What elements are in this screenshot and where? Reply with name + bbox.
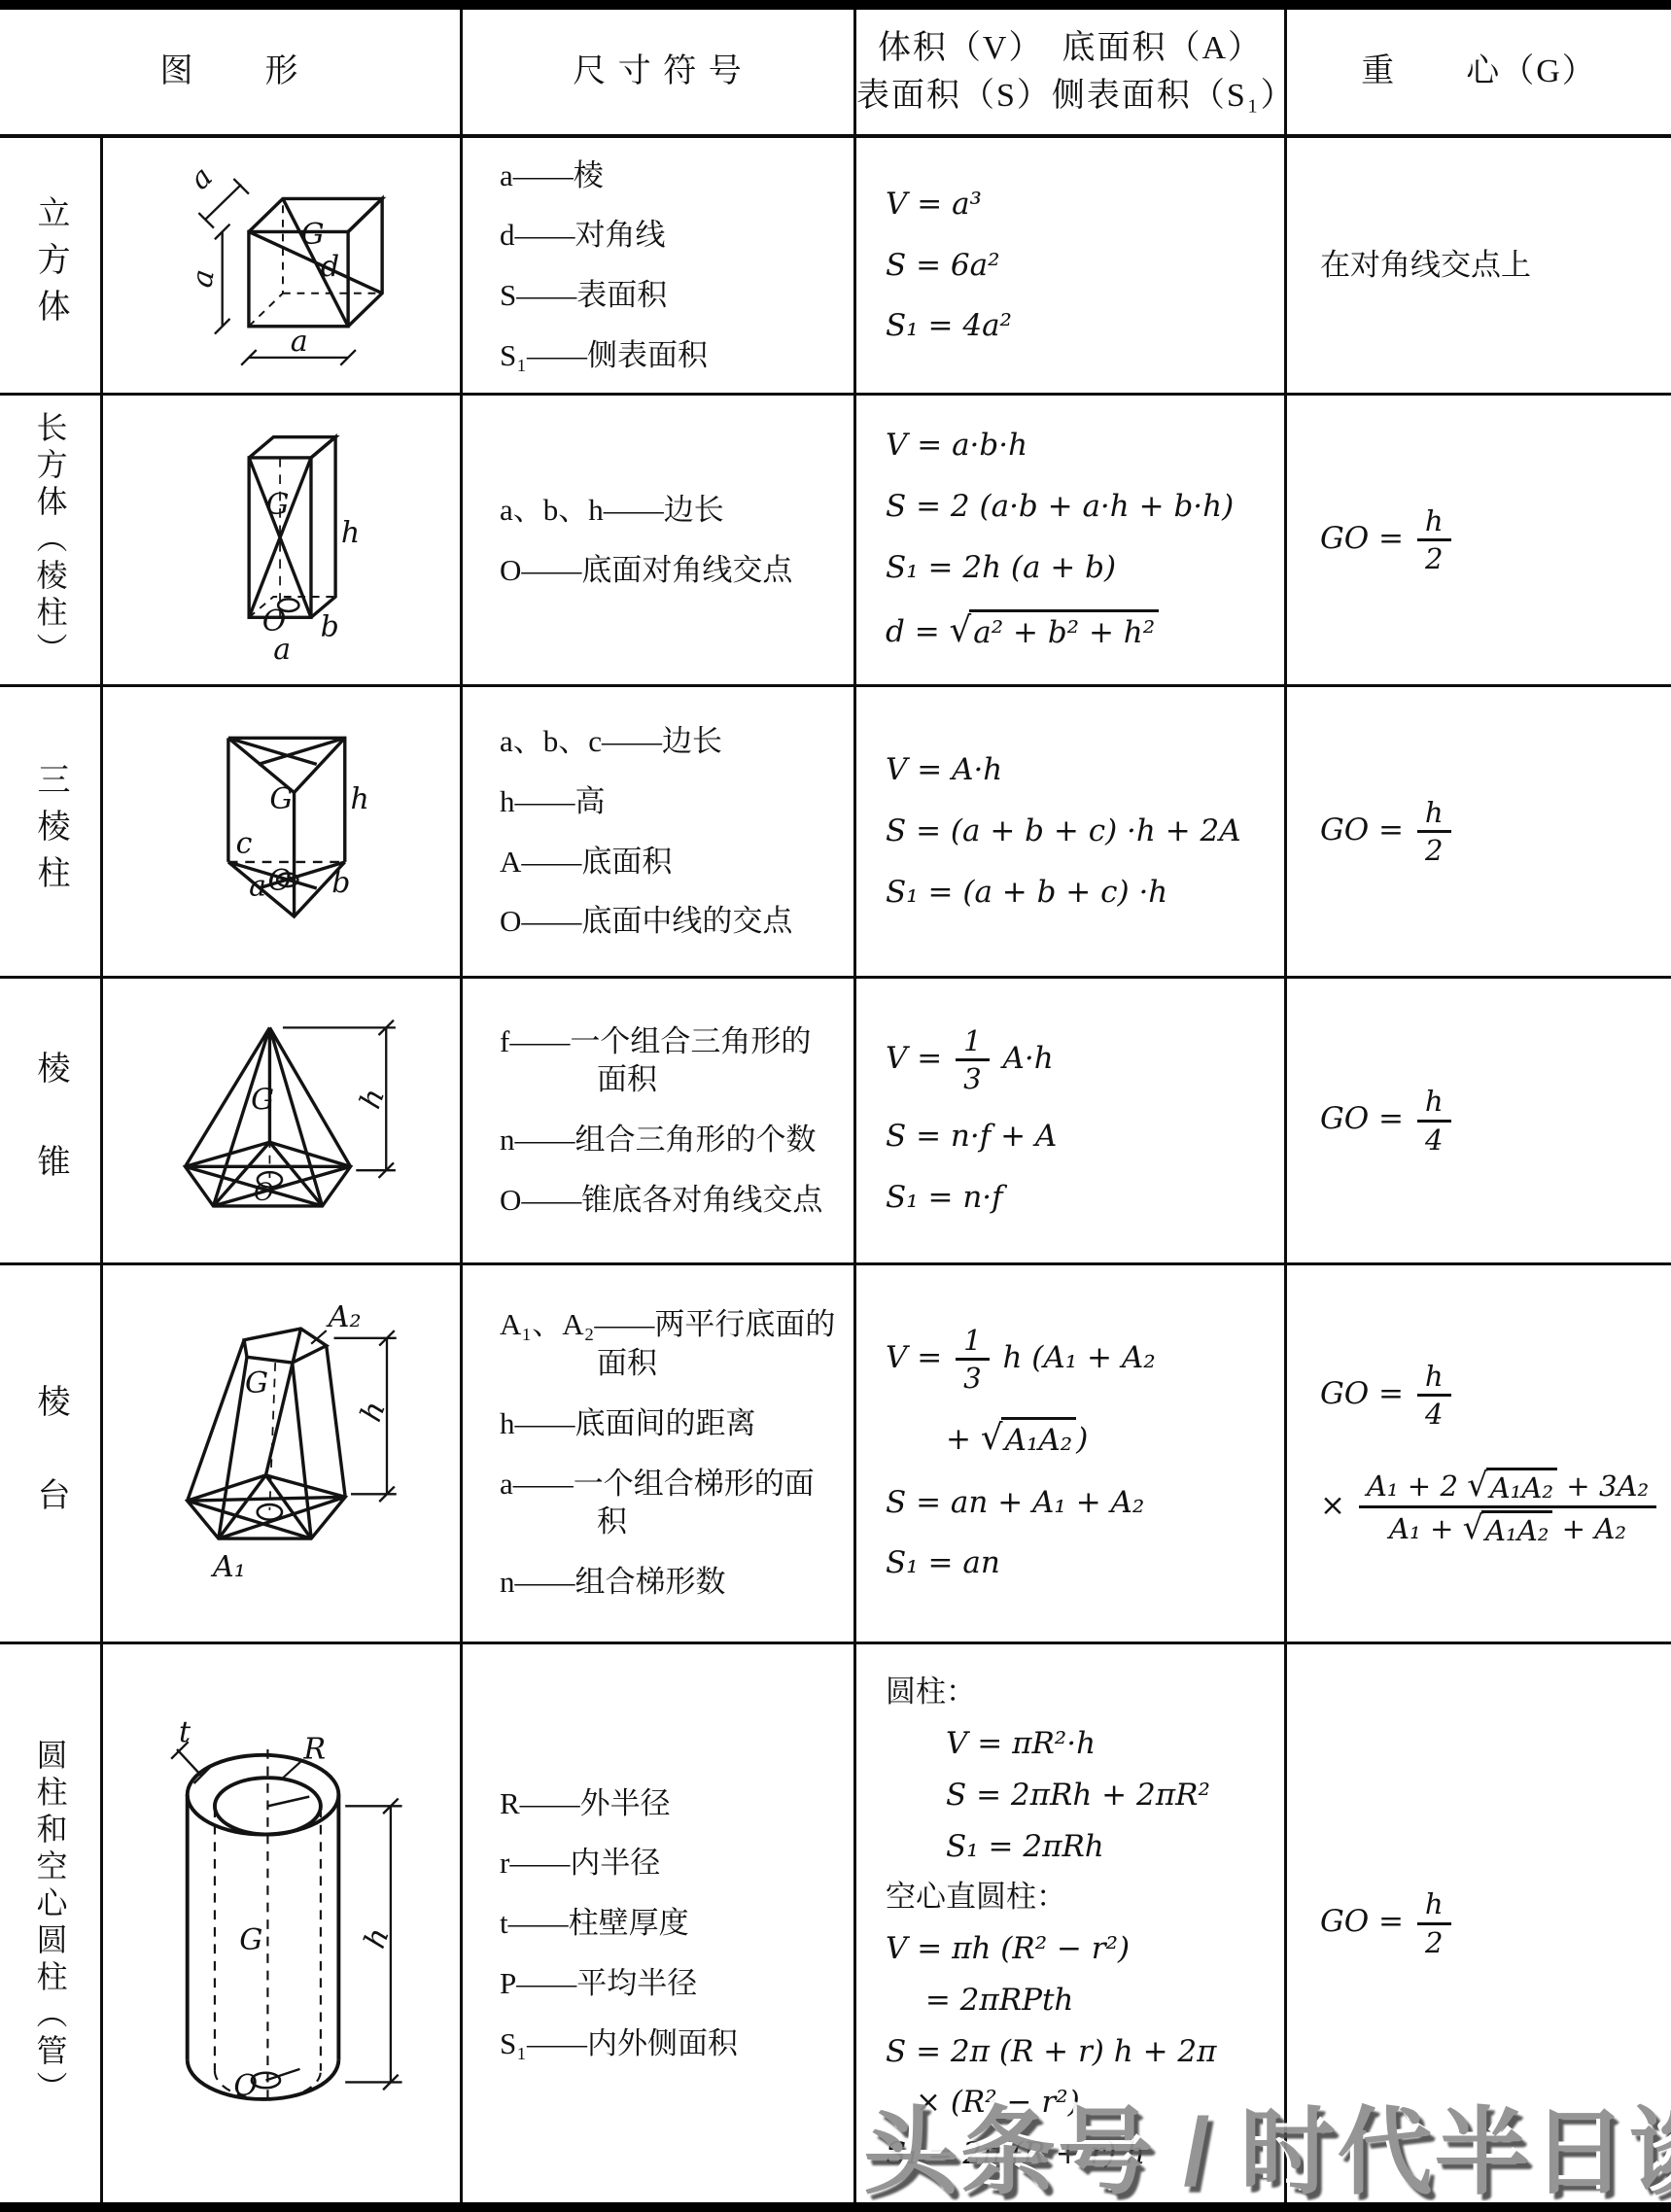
cube-diagonal-label: d <box>320 250 338 284</box>
gravity-line: 在对角线交点上 <box>1320 247 1663 285</box>
symbol-line: a、b、c——边长 <box>500 722 840 761</box>
cylinder-centroid-label: G <box>239 1923 262 1957</box>
formula-line: V = a·b·h <box>886 427 1274 465</box>
pyramid-base-center-label: O <box>254 1178 274 1206</box>
gravity-line: GO = h2 <box>1320 1888 1663 1957</box>
cylinder-diagram: t R G O h <box>103 1644 463 2202</box>
row-label-pyramid: 棱 锥 <box>0 979 103 1265</box>
tri-prism-base-center-label: O <box>267 863 292 897</box>
symbol-line: r——内半径 <box>500 1844 840 1883</box>
formula-line: V = 13 A·h <box>886 1025 1274 1094</box>
formula-line: S = 2π (R + r) h + 2π <box>886 2033 1274 2071</box>
cylinder-drawing: t R G O h <box>107 1651 457 2195</box>
frustum-centroid-label: G <box>245 1366 268 1400</box>
gravity-line: GO = h4 <box>1320 1086 1663 1155</box>
symbol-line: a——一个组合梯形的面积 <box>500 1465 840 1541</box>
header-gravity-label: 重 心（G） <box>1361 48 1597 95</box>
formula-line: V = a³ <box>886 186 1274 224</box>
cube-dim-a-bottom: a <box>290 325 307 359</box>
symbol-line: O——锥底各对角线交点 <box>500 1181 840 1220</box>
tri-prism-centroid-label: G <box>269 781 293 815</box>
symbol-line: n——组合梯形数 <box>500 1563 840 1602</box>
cube-centroid-label: G <box>300 218 324 252</box>
geometry-formula-table: 图 形 尺 寸 符 号 体积（V） 底面积（A） 表面积（S）侧表面积（S₁） … <box>0 0 1671 2212</box>
pyramid-symbols: f——一个组合三角形的面积 n——组合三角形的个数 O——锥底各对角线交点 <box>463 979 856 1265</box>
pyramid-drawing: G h O <box>107 983 457 1260</box>
frustum-diagram: A₂ G h A₁ <box>103 1265 463 1644</box>
formula-line: S = (a + b + c) ·h + 2A <box>886 812 1274 850</box>
gravity-line: GO = h4 <box>1320 1361 1663 1430</box>
cube-symbols: a——棱 d——对角线 S——表面积 S₁——侧表面积 <box>463 138 856 396</box>
prism-height-label: h <box>340 515 359 549</box>
formula-line: S₁ = an <box>886 1544 1274 1582</box>
formula-line: S = 6a² <box>886 247 1274 285</box>
rectangular-prism-formulas: V = a·b·h S = 2 (a·b + a·h + b·h) S₁ = 2… <box>856 396 1287 687</box>
formula-line: = 2πRPth <box>886 1982 1274 2020</box>
row-label-triangular-prism: 三棱柱 <box>0 687 103 979</box>
cylinder-wall-thickness-label: t <box>178 1715 191 1749</box>
cube-dim-a-left: a <box>185 266 222 290</box>
symbol-line: h——底面间的距离 <box>500 1404 840 1443</box>
frustum-symbols: A₁、A₂——两平行底面的面积 h——底面间的距离 a——一个组合梯形的面积 n… <box>463 1265 856 1644</box>
symbol-line: S——表面积 <box>500 276 840 315</box>
cube-formulas: V = a³ S = 6a² S₁ = 4a² <box>856 138 1287 396</box>
formula-line: d = √a² + b² + h² <box>886 609 1274 653</box>
frustum-top-area-label: A₂ <box>325 1300 361 1334</box>
frustum-formulas: V = 13 h (A₁ + A₂ + √A₁A₂) S = an + A₁ +… <box>856 1265 1287 1644</box>
symbol-line: t——柱壁厚度 <box>500 1904 840 1943</box>
header-gravity: 重 心（G） <box>1287 10 1671 138</box>
prism-centroid-label: G <box>265 487 289 521</box>
symbol-line: S₁——侧表面积 <box>500 336 840 375</box>
watermark: 头条号 / 时代半日谈 <box>863 2076 1671 2212</box>
row-label-cube: 立方体 <box>0 138 103 396</box>
formula-line: 圆柱： <box>886 1674 1274 1711</box>
row-label-cylinder: 圆柱和空心圆柱（管） <box>0 1644 103 2202</box>
header-symbols: 尺 寸 符 号 <box>463 10 856 138</box>
triangular-prism-drawing: G h c a b O <box>107 691 457 973</box>
frustum-bottom-area-label: A₁ <box>209 1550 245 1584</box>
cube-gravity: 在对角线交点上 <box>1287 138 1671 396</box>
header-formulas-line2: 表面积（S）侧表面积（S₁） <box>856 72 1284 120</box>
cube-dim-a-top: a <box>183 159 219 196</box>
tri-prism-edge-c-label: c <box>235 826 252 860</box>
header-figure: 图 形 <box>0 10 463 138</box>
cube-diagram: a a a G d <box>103 138 463 396</box>
formula-line: V = A·h <box>886 751 1274 789</box>
symbol-line: R——外半径 <box>500 1784 840 1823</box>
frustum-gravity: GO = h4 × A₁ + 2 √A₁A₂ + 3A₂A₁ + √A₁A₂ +… <box>1287 1265 1671 1644</box>
symbol-line: S₁——内外侧面积 <box>500 2024 840 2063</box>
row-label-frustum: 棱 台 <box>0 1265 103 1644</box>
pyramid-formulas: V = 13 A·h S = n·f + A S₁ = n·f <box>856 979 1287 1265</box>
triangular-prism-diagram: G h c a b O <box>103 687 463 979</box>
header-formulas-line1: 体积（V） 底面积（A） <box>878 24 1263 72</box>
symbol-line: n——组合三角形的个数 <box>500 1121 840 1159</box>
formula-line: S₁ = 4a² <box>886 307 1274 345</box>
symbol-line: h——高 <box>500 782 840 821</box>
symbol-line: O——底面中线的交点 <box>500 902 840 941</box>
rectangular-prism-diagram: G O h b a <box>103 396 463 687</box>
rectangular-prism-gravity: GO = h2 <box>1287 396 1671 687</box>
triangular-prism-formulas: V = A·h S = (a + b + c) ·h + 2A S₁ = (a … <box>856 687 1287 979</box>
triangular-prism-symbols: a、b、c——边长 h——高 A——底面积 O——底面中线的交点 <box>463 687 856 979</box>
tri-prism-edge-a-label: a <box>249 869 266 903</box>
formula-line: S = 2 (a·b + a·h + b·h) <box>886 488 1274 526</box>
formula-line: S₁ = (a + b + c) ·h <box>886 874 1274 912</box>
formula-line: S = n·f + A <box>886 1118 1274 1156</box>
tri-prism-edge-b-label: b <box>331 865 350 899</box>
formula-line: S = 2πRh + 2πR² <box>886 1777 1274 1815</box>
formula-line: 空心直圆柱： <box>886 1879 1274 1917</box>
rectangular-prism-drawing: G O h b a <box>107 399 457 681</box>
formula-line: + √A₁A₂) <box>886 1417 1274 1461</box>
tri-prism-height-label: h <box>350 781 368 815</box>
header-figure-label: 图 形 <box>160 48 300 95</box>
symbol-line: A——底面积 <box>500 843 840 881</box>
symbol-line: d——对角线 <box>500 216 840 255</box>
header-symbols-label: 尺 寸 符 号 <box>573 48 744 95</box>
row-label-rectangular-prism: 长方体（棱柱） <box>0 396 103 687</box>
rectangular-prism-symbols: a、b、h——边长 O——底面对角线交点 <box>463 396 856 687</box>
formula-line: V = 13 h (A₁ + A₂ <box>886 1325 1274 1394</box>
pyramid-diagram: G h O <box>103 979 463 1265</box>
cylinder-base-center-label: O <box>233 2069 258 2103</box>
pyramid-gravity: GO = h4 <box>1287 979 1671 1265</box>
formula-line: S₁ = 2h (a + b) <box>886 549 1274 587</box>
formula-line: V = πR²·h <box>886 1725 1274 1763</box>
gravity-line: GO = h2 <box>1320 797 1663 866</box>
formula-line: S₁ = 2πRh <box>886 1828 1274 1866</box>
formula-line: S₁ = n·f <box>886 1179 1274 1217</box>
symbol-line: O——底面对角线交点 <box>500 551 840 590</box>
frustum-drawing: A₂ G h A₁ <box>107 1269 457 1639</box>
symbol-line: a、b、h——边长 <box>500 491 840 530</box>
symbol-line: a——棱 <box>500 156 840 195</box>
symbol-line: f——一个组合三角形的面积 <box>500 1022 840 1099</box>
prism-depth-label: a <box>273 632 291 666</box>
symbol-line: A₁、A₂——两平行底面的面积 <box>500 1305 840 1382</box>
formula-line: V = πh (R² − r²) <box>886 1930 1274 1968</box>
cube-drawing: a a a G d <box>107 142 457 390</box>
triangular-prism-gravity: GO = h2 <box>1287 687 1671 979</box>
cylinder-outer-radius-label: R <box>302 1733 326 1767</box>
symbol-line: P——平均半径 <box>500 1964 840 2003</box>
prism-width-label: b <box>320 609 338 643</box>
gravity-line: GO = h2 <box>1320 505 1663 574</box>
formula-line: S = an + A₁ + A₂ <box>886 1484 1274 1522</box>
cylinder-symbols: R——外半径 r——内半径 t——柱壁厚度 P——平均半径 S₁——内外侧面积 <box>463 1644 856 2202</box>
header-formulas: 体积（V） 底面积（A） 表面积（S）侧表面积（S₁） <box>856 10 1287 138</box>
gravity-line: × A₁ + 2 √A₁A₂ + 3A₂A₁ + √A₁A₂ + A₂ <box>1320 1468 1663 1546</box>
pyramid-centroid-label: G <box>251 1083 274 1117</box>
